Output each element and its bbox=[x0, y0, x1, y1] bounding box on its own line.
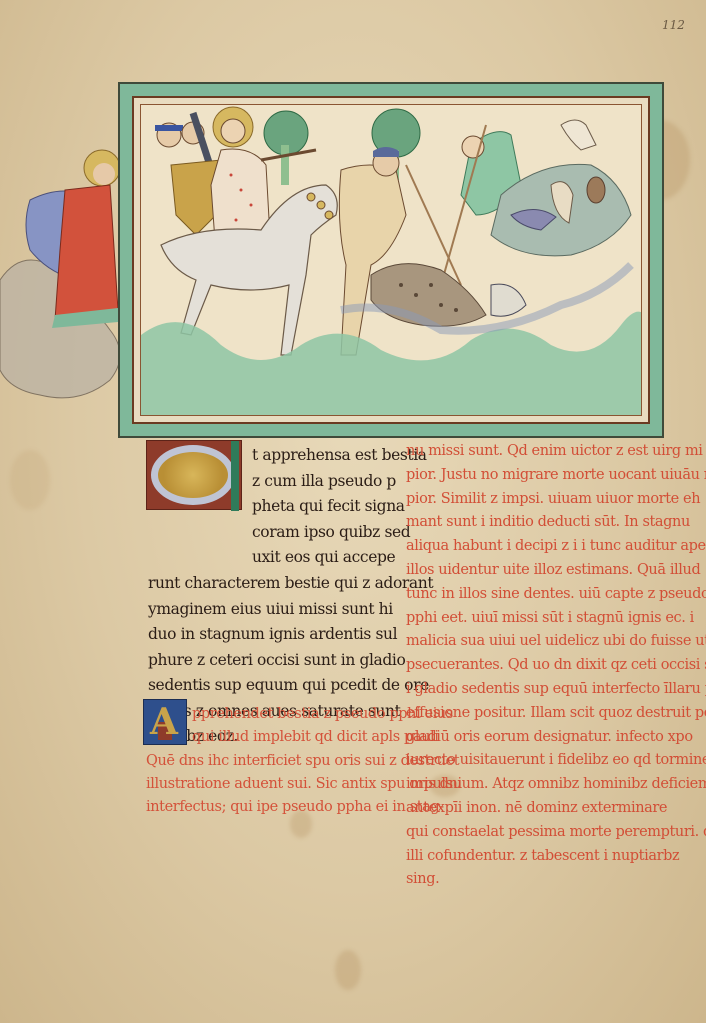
left-column-black-text-first: t apprehensa est bestia z cum illa pseud… bbox=[252, 443, 427, 571]
text-line: pphi eet. uiuī missi sūt i stagnū ignis … bbox=[406, 607, 651, 631]
right-column-commentary: nu missi sunt. Qd enim uictor z est uirg… bbox=[406, 440, 651, 892]
initial-c-stem bbox=[231, 441, 239, 511]
text-line: aliqua habunt i decipi z i i tunc auditu… bbox=[406, 535, 651, 559]
text-line: malicia sua uiui uel uidelicz ubi do fui… bbox=[406, 630, 651, 654]
text-line: effusione positur. Illam scit quoz destr… bbox=[406, 702, 651, 726]
miniature-inner-border: Faithful and True on white horse with he… bbox=[132, 96, 650, 424]
text-line: mant sunt i inditio deducti sūt. In stag… bbox=[406, 511, 651, 535]
folio-number: 112 bbox=[662, 18, 685, 32]
text-line: sedentis sup equum qui pcedit de ore bbox=[148, 673, 433, 699]
text-line: uxit eos qui accepe bbox=[252, 545, 427, 571]
text-line: psecuerantes. Qd uo dn dixit qz ceti occ… bbox=[406, 654, 651, 678]
decorated-initial-a: A bbox=[143, 699, 187, 745]
text-line: runt characterem bestie qui z adorant bbox=[148, 571, 433, 597]
text-line: duo in stagnum ignis ardentis sul bbox=[148, 622, 433, 648]
initial-c-bowl bbox=[151, 445, 235, 505]
text-line: illos uidentur uite illoz estimans. Quā … bbox=[406, 559, 651, 583]
text-line: gladiū oris eorum designatur. infecto xp… bbox=[406, 726, 651, 750]
text-line: ymaginem eius uiui missi sunt hi bbox=[148, 597, 433, 623]
text-line: qui constaelat pessima morte perempturi.… bbox=[406, 821, 651, 845]
text-line: i gladio sedentis sup equū interfecto īl… bbox=[406, 678, 651, 702]
bird-icon bbox=[561, 120, 596, 150]
text-line: antexpīi inon. nē dominz exterminare bbox=[406, 797, 651, 821]
text-line: sing. bbox=[406, 868, 651, 892]
text-line: pior. Justu no migrare morte uocant uiuā… bbox=[406, 464, 651, 488]
miniature-scene: Faithful and True on white horse with he… bbox=[140, 104, 642, 416]
text-line: illi cofundentur. z tabescent i nuptiarb… bbox=[406, 845, 651, 869]
initial-a-letter: A bbox=[150, 702, 178, 742]
text-line: nu missi sunt. Qd enim uictor z est uirg… bbox=[406, 440, 651, 464]
text-line: iurecto uisitauerunt i fidelibz eo qd to… bbox=[406, 749, 651, 773]
text-line: t apprehensa est bestia bbox=[252, 443, 427, 469]
miniature-frame: Faithful and True on white horse with he… bbox=[118, 82, 664, 438]
text-line: pheta qui fecit signa bbox=[252, 494, 427, 520]
historiated-initial-c: C bbox=[146, 440, 242, 510]
text-line: tunc in illos sine dentes. uiū capte z p… bbox=[406, 583, 651, 607]
spotted-beast bbox=[371, 264, 486, 327]
st-john-figure bbox=[0, 140, 130, 410]
text-line: impulsuum. Atqz omnibz hominibz deficiem bbox=[406, 773, 651, 797]
text-line: phure z ceteri occisi sunt in gladio bbox=[148, 648, 433, 674]
text-line: z cum illa pseudo p bbox=[252, 469, 427, 495]
angel-figure bbox=[339, 165, 406, 355]
owl-icon bbox=[587, 177, 605, 203]
text-line: pior. Similit z impsi. uiuam uiuor morte… bbox=[406, 488, 651, 512]
lake-of-fire-waves bbox=[141, 312, 642, 416]
text-line: coram ipso quibz sed bbox=[252, 520, 427, 546]
